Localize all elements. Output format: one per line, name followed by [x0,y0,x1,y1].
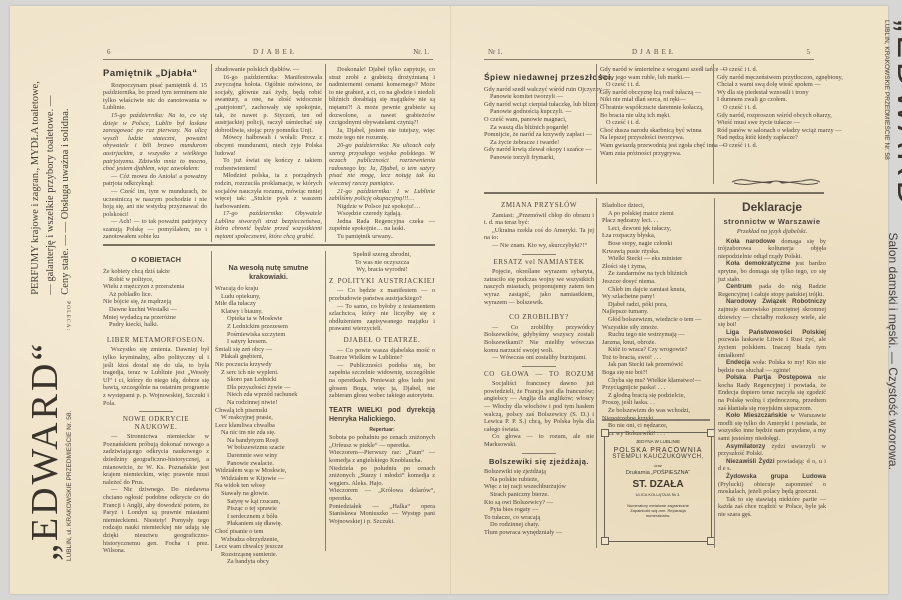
paragraph: — Publiczności podoba się, bo zapełnia s… [329,362,435,400]
ad-corner [601,429,609,437]
paragraph: Zamiast: „Przemówił chłop do obrazu i t.… [484,212,594,227]
poem-line: Płakaniem się dławię. [215,520,322,528]
poem-line: Panowie komitet tworzyli — [484,93,594,101]
section-heading: CO ZROBILIBY? [484,314,594,322]
poem-line: Bladolice dzieci, [602,202,710,210]
paragraph: Pojęcie, określane wyrazem sybaryta, zat… [484,268,594,306]
repertoire-item: Wieczorem—Pierwszy raz: „Faun“ — komedja… [329,449,435,464]
poem-line: Widziałem w Kijowie — [215,475,322,483]
poem-line: Panowie torzyli frymarki, [484,154,594,162]
poem-line: Nikt nie miał dlań serca, ni ręki— [600,96,710,104]
poem-line: Mniej wydadzą na przeróżne [103,314,209,322]
short-rule [522,366,556,367]
poem-line: Pisząc o tej sprawie [215,505,322,513]
paragraph: Ja, Djabeł, jestem nie tutejszy, więc mo… [329,127,435,142]
ad-line: Drukarnia „POŚPIESZNA“ [605,470,711,476]
poem-line: Pomnijcie, że naród za krzywdy zapłaci — [484,131,594,139]
poem-line: Za życie żebracze i twarde! [484,139,594,147]
poem-line: Wielki Stecki — eks minister [602,255,710,263]
paragraph: 17-go października: Obywatele Lublina st… [215,210,322,240]
declaration-text: pozwala łaskawie Litwie i Rusi żyć, ale … [718,336,826,358]
ad-line: POLSKA PRACOWNIA [605,447,711,454]
poem-lines: Gdy naród szedł walczyć wśród ruin Ojczy… [484,86,594,162]
paragraph: — Cześć im, tym w mundurach, że uczestni… [103,188,207,218]
poem-line: I serdecznem z bólu [215,513,322,521]
poem-line: Gdy naród obczyznę łzą rosił tułaczą — [600,89,710,97]
poem-line: Nic poczucia krzywdy [215,361,322,369]
ad-address: LUBLIN, KRAKOWSKIE PRZEDMIEŚCIE Nr. 58 [883,20,890,225]
poem-line: Ludu opiekuny, [215,293,322,301]
party-name: Asymilatorzy [726,443,765,450]
section-heading: ZMIANA PRZYSŁÓW [484,202,594,210]
poem-line: Do rodzinnej chaty. [484,521,594,529]
paragraph: — Co powie wasza djabelska mość o Teatrz… [329,347,435,362]
poem-line: Za bandyta obcy [215,558,322,566]
poem-line: Na nic im nie zda się. [215,429,322,437]
right-side-ad: „EDWARD“ LUBLIN, KRAKOWSKIE PRZEDMIEŚCIE… [883,20,902,580]
poem-line: Klatwy i biauny. [215,308,322,316]
bottom-column-2: Na wesołą nutę smutne krakowiaki. Wracaj… [215,251,322,566]
section-heading: NOWE ODKRYCIE NAUKOWE. [103,416,209,431]
paragraph: — Stronnictwa niemieckie w Poznańskiem p… [103,433,209,486]
poem-line: Miłe dla tułaczy [215,300,322,308]
ad-top-rule [602,419,710,421]
poem-line: Krew jego wam ruble, lub marki.— [600,74,710,82]
poem-line: Wszystkie siły zmoże. [602,324,710,332]
poem-line: Dawne kuchni Westalki — [103,306,209,314]
repertoire-item: Niedziela po południu po cenach zniżonyc… [329,465,435,488]
poem-line: Stawały na głowie. [215,490,322,498]
poem-line: To was nie oczyszcza [329,259,435,267]
poem-line: Bo bracia nie ulżą ich męki. [600,112,710,120]
poem-line: Djabeł radzi, póki pora, [602,301,710,309]
column-divider [211,64,212,242]
poem-heading: Na wesołą nutę smutne krakowiaki. [215,263,322,281]
ad-line: JEDYNA W LUBLINIE [605,439,711,444]
column-divider [596,198,597,548]
poem-line: Nie bójcie się, że mądrzeją [103,298,209,306]
right-page: Nr 1. DJABEŁ 5 Śpiew niedawnej przeszłoś… [452,6,888,594]
poem-line: Wy dla się piedestał wznosili i trony [717,89,822,97]
poem-line: Wzbudza obrzydzenie, [215,536,322,544]
paragraph: — Co zrobiliby przywódcy Bolszewików, gd… [484,324,594,354]
poem-line: O bratnie współczucie daremnie kołaczą, [600,104,710,112]
poem-line: Jak pan Stecki tak przemówić [602,361,710,369]
poem-line: Satyrę w kąt rzucam, [215,498,322,506]
poem-line: Ród panów w salonach o władzy wciąż marz… [717,127,822,135]
paragraph: Doskonale! Djabeł tylko zapytuje, co str… [329,66,435,127]
poem-line: Złości się i żyma, [602,263,710,271]
paragraph: 21-go października: I w Lublinie zabiliś… [329,188,435,203]
poem-line: O cześć i t. d. [600,81,710,89]
poem-line: Pośmiewiska szczytem [215,331,322,339]
diary-column-3: Doskonale! Djabeł tylko zapytuje, co str… [329,66,435,241]
poem-heading: Śpiew niedawnej przeszłości. [484,74,594,82]
poem-line: Gdy naród wciąż cierpiał tułaczkę, lub b… [484,101,594,109]
section-heading: LIBER METAMORFOSEON. [103,337,209,345]
diary-heading: Pamiętnik „Djabła“ [103,70,207,78]
poem-line: Z głodną bracią się podzielcie, [602,392,710,400]
paragraph: 15-go października: Na to, co się dzieje… [103,112,207,173]
poem-line: Łza rozpaczy błyska, [602,232,710,240]
poem-line: W bolszewizmu szacie [215,444,322,452]
party-name: Endecja [726,359,750,366]
poem-line: Wam zuta próżności przygrywa. [600,150,710,158]
party-name: Niezawiśli Żydzi [726,458,775,465]
paragraph: Rozpoczynam pisać pamiętnik d. 15 paździ… [103,82,207,112]
diary-column-1: Pamiętnik „Djabła“ Rozpoczynam pisać pam… [103,66,207,241]
poem-column-3: O cześć i t. d.Gdy naród męczeństwem prz… [717,66,822,150]
page-number: 5 [807,48,811,56]
party-name: Koło Mieszczańskie [726,412,787,419]
paragraph: Młodzież polska, ta z porządnych rodzin,… [215,172,322,210]
declarations-list: Koła narodowe domaga się by trójzaborowa… [718,238,826,496]
poem-line: I satyry kresem. [215,338,322,346]
declaration-item: Narodowy Związek Robotniczy zajmuje stan… [718,298,826,328]
paragraph: — Ach! — to tak poważni patrjotycy szanu… [103,218,207,241]
poem-line: O cześć wam, panowie magnaci, [484,116,594,124]
poem-line: Chyba się mu? Wielkie kłamstwo!— [602,377,710,385]
poem-line: O cześć i t. d. [600,119,710,127]
poem-line: Pyta bies rogaty — [484,506,594,514]
poem-line: Chleb im dajcie zamiast knuta, [602,286,710,294]
column-divider [211,251,212,551]
poem-line: Panowie godnością kupczyli. — [484,108,594,116]
poem-line: Najlepsze tumany. [602,308,710,316]
ad-corner [601,537,609,545]
poem-line: Że bolszewizm do was wchodzi, [602,407,710,415]
poem-line: Niech zda wprzód rachunek [215,391,322,399]
poem-line: I dumnem zwali go czołem. [717,96,822,104]
paragraph: zbudowanie polskich djabłów. — [215,66,322,74]
paragraph: 20-go października: Na ulicach cały szer… [329,142,435,188]
poem-line: Dla przyszłości żywie — [215,384,322,392]
poem-line: Widziałem wąs w Moskwie, [215,467,322,475]
ad-line-3: Ceny stałe. — — Obsługa uważna i solidna… [58,81,73,295]
paragraph: To już świat się kończy z takiem rozbest… [215,157,322,172]
poem-column-1: Śpiew niedawnej przeszłości. Gdy naród s… [484,66,594,162]
poem-line: W reakcyjnej prasie, [215,414,322,422]
translation-note: Przekład na język djabelski. [718,228,826,236]
section-heading: Z POLITYKI AUSTRJACKIEJ [329,278,435,286]
party-name: Koła narodowe [726,238,775,245]
poem-line: Wy, bracia wyrodni! [329,266,435,274]
ad-line-1: PERFUMY krajowe i zagran., MYDŁA toaleto… [28,81,43,295]
poem-line: Tłum powraca wynędzniały — [484,529,594,537]
ad-brand: „EDWARD“ [26,341,64,561]
poem-line: Na bandytyzm Rosji [215,437,322,445]
paragraph: Mówcy hałbowali i wołali: Precz z obcymi… [215,134,322,157]
section-heading: CO GŁOWA — TO ROZUM [484,371,594,379]
poem-line: Daremnie swe winy [215,452,322,460]
poem-line: Robić w polityce, [103,276,209,284]
poem-line: Przyciągnijcie paska! . . . [602,384,710,392]
ad-line: oraz [605,463,711,468]
poem-line: A po polskiej matce ziemi [602,210,710,218]
poem-line: Jeszcze dosyć niema. [602,278,710,286]
poem-line: Bolszewiki się zjeżdżają [484,468,594,476]
poem-line: Choć pisanie o tem [215,528,322,536]
bottom-column-1: O KOBIETACH Że kobiety chcą dziś także R… [103,251,209,555]
column-divider [325,251,326,551]
poem-line: Z serc ich nie wypleni. [215,369,322,377]
poem-line: Krwawią pusie rżyska. [602,248,710,256]
ad-line: numeratorów. [605,513,711,518]
paragraph: — Nie znam. Kto wy, skurczybyki?!“ [484,242,594,250]
ad-line: STEMPLI KAUCZUKOWYCH, [605,454,711,460]
closing-paragraph: Tak to się stawiają niektóre partie — ka… [718,496,826,519]
paragraph: Socjaliści francuscy dawno już powiedzie… [484,380,594,433]
paragraph: — Cóż mowu do Anioła! a poważny patrjota… [103,173,207,188]
poem-line: Gdy naród szedł walczyć wśród ruin Ojczy… [484,86,594,94]
party-name: Centrum [726,283,752,290]
poem-line: Kto są owi Bolszewicy? — [484,499,594,507]
poem-line: Gdy naród, rozproszon wśród obcych ołtar… [717,112,822,120]
declarations-subheading: stronnictw w Warszawie [718,217,826,227]
declaration-item: Centrum pada do nóg Radzie Regencyjnej i… [718,283,826,298]
poem-line: Śmiali się zeń obcy — [215,346,322,354]
poem-line: Bose stopy, nagie członki [602,240,710,248]
repertoire-label: Repertuar: [329,427,435,435]
paragraph: Nigdzie w Polsce już spokoju!… [329,203,435,211]
poem-line: Wielu z mężczyzn z przerażenia [103,283,209,291]
theatre-heading: TEATR WIELKI pod dyrekcją Henryka Halick… [329,406,435,424]
party-name: Koła demokratyczne [726,260,790,267]
poem-line: Leci, dzwoni jęk tułaczy, [602,225,710,233]
section-rule [103,244,435,246]
issue-number: Nr 1. [488,48,502,56]
poem-line: Panowie zwalacie. [215,460,322,468]
poem-line: Strach paniczny bierze. [484,491,594,499]
poem-line: To tułacze, co wracają [484,514,594,522]
poem-line: Na lepszej przyszłości tworzywa. [600,134,710,142]
section-heading: ERSATZ vel NAMIASTEK [484,259,594,267]
poem-line: Wy szlachetne pany! [602,293,710,301]
bottom-column-3: Spełnił szereg zbrodni, To was nie oczys… [329,251,435,525]
poem-line: Płacz nędzarzy leci. . . [602,217,710,225]
poem-line: Z Lednickim przezesem [215,323,322,331]
short-rule [522,453,556,454]
poem-line: Na polskie rubieże, [484,476,594,484]
poem-line: Choć dusza narodu skarbnicą być winna [600,127,710,135]
poem-line: Gdy naród męczeństwem przytłoczon, zgnęb… [717,74,822,82]
declaration-item: Koła demokratyczne jest bardzo sprytne, … [718,260,826,283]
column-divider [596,64,597,184]
ad-line: ST. DZAŁA [605,479,711,490]
column-divider [325,64,326,242]
party-name: Żydowska grupa Ludowa [726,473,826,480]
poem-line: O cześć i t. d. [717,66,822,74]
poem-o-kobietach: Że kobiety chcą dziś także Robić w polit… [103,268,209,329]
poem-line: O cześć i t. d. [717,142,822,150]
party-name: Liga Państwowości Polskiej [726,329,826,336]
paragraph: „Ukraina rzekła coś do Ameryki. Ta jej n… [484,227,594,242]
poem-line: Na rodzinnej niwie! [215,399,322,407]
section-heading: O KOBIETACH [103,255,209,264]
poem-line: Toż to bracia, swoi! . . . [602,354,710,362]
poem-line: Gdy naród w śmiertelne z wrogami szedł t… [600,66,710,74]
declaration-text: zajmuje stanowisko przeciętnej skromnej … [718,306,826,328]
poem-line: Bo nie oni, ci nędzarze, [602,422,710,430]
poem-line: Że kobiety chcą dziś także [103,268,209,276]
poem-line: Wracają do kraju [215,285,322,293]
ornament-divider [730,176,822,188]
bottom-column-1: ZMIANA PRZYSŁÓW Zamiast: „Przemówił chło… [484,198,594,537]
declaration-item: Endecja woła: Polska to my! Kto nie będz… [718,359,826,374]
poem-line: Proszę, jeśli łaska. . . [602,399,710,407]
column-divider [713,64,714,184]
short-rule [522,254,556,255]
poem-line: Aż pobladło lice. [103,291,209,299]
declaration-item: Liga Państwowości Polskiej pozwala łaska… [718,329,826,359]
repertoire-item: Sobota po południu po cenach zniżonych „… [329,434,435,449]
poem-bolszewiki: Bolszewiki się zjeżdżająNa polskie rubie… [484,468,594,536]
repertoire-item: Wieczorem — „Królowa dolarów“, operetka. [329,487,435,502]
poem-column-2: Gdy naród w śmiertelne z wrogami szedł t… [600,66,710,157]
declaration-item: Niezawiśli Żydzi powiadają: d o, u i d e… [718,458,826,473]
poem-line: Ruchu tego nie wstrzymają — [602,331,710,339]
paragraph: Tu pamiętnik urwany.. [329,233,435,241]
newspaper-title: DJABEŁ [253,48,297,56]
poem-line: Płakali gnębieni, [215,353,322,361]
newspaper-spread: „EDWARD“ LUBLIN, ul. KRAKOWSKIE PRZEDMIE… [10,6,888,594]
poem-line: Nad nędzą któż kiedy zapłacze? [717,134,822,142]
short-rule [139,411,173,412]
section-rule [484,192,824,194]
issue-number: Nr. 1. [413,48,429,56]
poem-line: Chciał z wami swą dolę wieść społem — [717,81,822,89]
paragraph: 16-go października: Manifestowała zwycza… [215,74,322,135]
left-side-ad: „EDWARD“ LUBLIN, ul. KRAKOWSKIE PRZEDMIE… [26,21,74,561]
running-head-left: 6 DJABEŁ Nr. 1. [103,47,433,60]
column-divider [714,198,715,548]
poem-line: Skoro pan Lednicki [215,376,322,384]
poem-end: Spełnił szereg zbrodni, To was nie oczys… [329,251,435,274]
declaration-item: Asymilatorzy żydzi uwierzyli w przyszłoś… [718,443,826,458]
poem-line: Więc z tej racji wszechburżujów [484,483,594,491]
poem-line: Głód bolszewizm, wiedzcie o tem — [602,316,710,324]
left-page: „EDWARD“ LUBLIN, ul. KRAKOWSKIE PRZEDMIE… [10,6,451,594]
poem-line: Gdy naród krwią zlewał okopy i szańce — [484,146,594,154]
paragraph: Wszystko się zmienia. Dawniej był tylko … [103,346,209,407]
poem-krakowiaki: Wracają do krajuLudu opiekuny,Miłe dla t… [215,285,322,566]
ad-address: LUBLIN, ul. KRAKOWSKIE PRZEDMIEŚCIE Nr. … [66,341,73,561]
poem-line: Boga się nie boi?! [602,369,710,377]
poem-line: Wam gwiazdą przewodnią jest zgoła chęć i… [600,142,710,150]
ad-brand: „EDWARD“ [892,20,902,225]
running-head-right: Nr 1. DJABEŁ 5 [484,47,814,60]
poem-heading: Bolszewiki się zjeżdżają. [484,458,594,466]
poem-line: Na widok ten włosy [215,482,322,490]
bottom-column-2: Bladolice dzieci,A po polskiej matce zie… [602,202,710,437]
declaration-item: Koła narodowe domaga się by trójzaborowa… [718,238,826,261]
poem-line: Że żandarmów na tych bliźnich [602,270,710,278]
newspaper-title: DJABEŁ [632,48,676,56]
party-name: Polska Partja Postępowa [726,374,811,381]
poem-line: Jarzma, knut, obroże. [602,339,710,347]
poem-line: Któż to wraca? Czy wrogowie? [602,346,710,354]
paragraph: Wszędzie czeredy żądają. [329,210,435,218]
ad-line-2: Salon damski i męski. — Czystość wzorowa… [883,233,902,476]
ad-line: ULICA KOLLĄTAJA № 3. [605,492,711,497]
page-number: 6 [107,48,111,56]
poem-line: Lecz kłamliwa chwalba [215,422,322,430]
poem-line: Pudry kiecki, halki. [103,321,209,329]
poem-line: Za waszą dla bliźnich pogardę! [484,124,594,132]
bottom-column-3: Deklaracje stronnictw w Warszawie Przekł… [718,198,826,519]
declaration-item: Polska Partja Postępowa nie kocha Rady R… [718,374,826,412]
paragraph: Co głowa — to rozum, ale nie Marksowski. [484,433,594,448]
poem-line: Spełnił szereg zbrodni, [329,251,435,259]
poem-line: Wieść musi swe życie tułacze — [717,119,822,127]
repertoire-item: Poniedziałek — „Halka“ opera Stanisława … [329,503,435,526]
party-name: Narodowy Związek Robotniczy [726,298,826,305]
declaration-item: Koło Mieszczańskie w Warszawie modli się… [718,412,826,442]
diary-column-2: zbudowanie polskich djabłów. — 16-go paź… [215,66,322,241]
poem-line: Chwalą ich pisemski [215,407,322,415]
poem-line: Lecz wam chwalcy jeszcze [215,543,322,551]
stamp-workshop-ad: JEDYNA W LUBLINIE POLSKA PRACOWNIA STEMP… [604,432,712,542]
section-heading: DJABEŁ O TEATRZE. [329,337,435,345]
paragraph: — Nic dziwnego. Do niedawna chciano ogło… [103,486,209,554]
declaration-item: Żydowska grupa Ludowa (Prylucki) obiecuj… [718,473,826,496]
poem-line: Opieka ta w Moskwie [215,315,322,323]
declarations-heading: Deklaracje [718,200,826,214]
paragraph: Jedna Rada Regencyjna czeka — zupełnie s… [329,218,435,233]
poem-line: O cześć i t. d. [717,104,822,112]
paragraph: — To samo, co byłoby z testamentem szlac… [329,303,435,333]
paragraph: — Wówczas oni zostaliby burżujami. [484,354,594,362]
declaration-text: (Prylucki) obiecuje zapomnieć o moskalac… [718,481,826,496]
poem-line: Rozstrząsnę sumienie. [215,551,322,559]
paragraph: — Co będzie z manifestem — o przebudowie… [329,287,435,302]
ad-poleca: POLECA: [65,301,71,331]
ad-line-2: — galanterję i wszelkie przybory toaleto… [43,81,58,295]
